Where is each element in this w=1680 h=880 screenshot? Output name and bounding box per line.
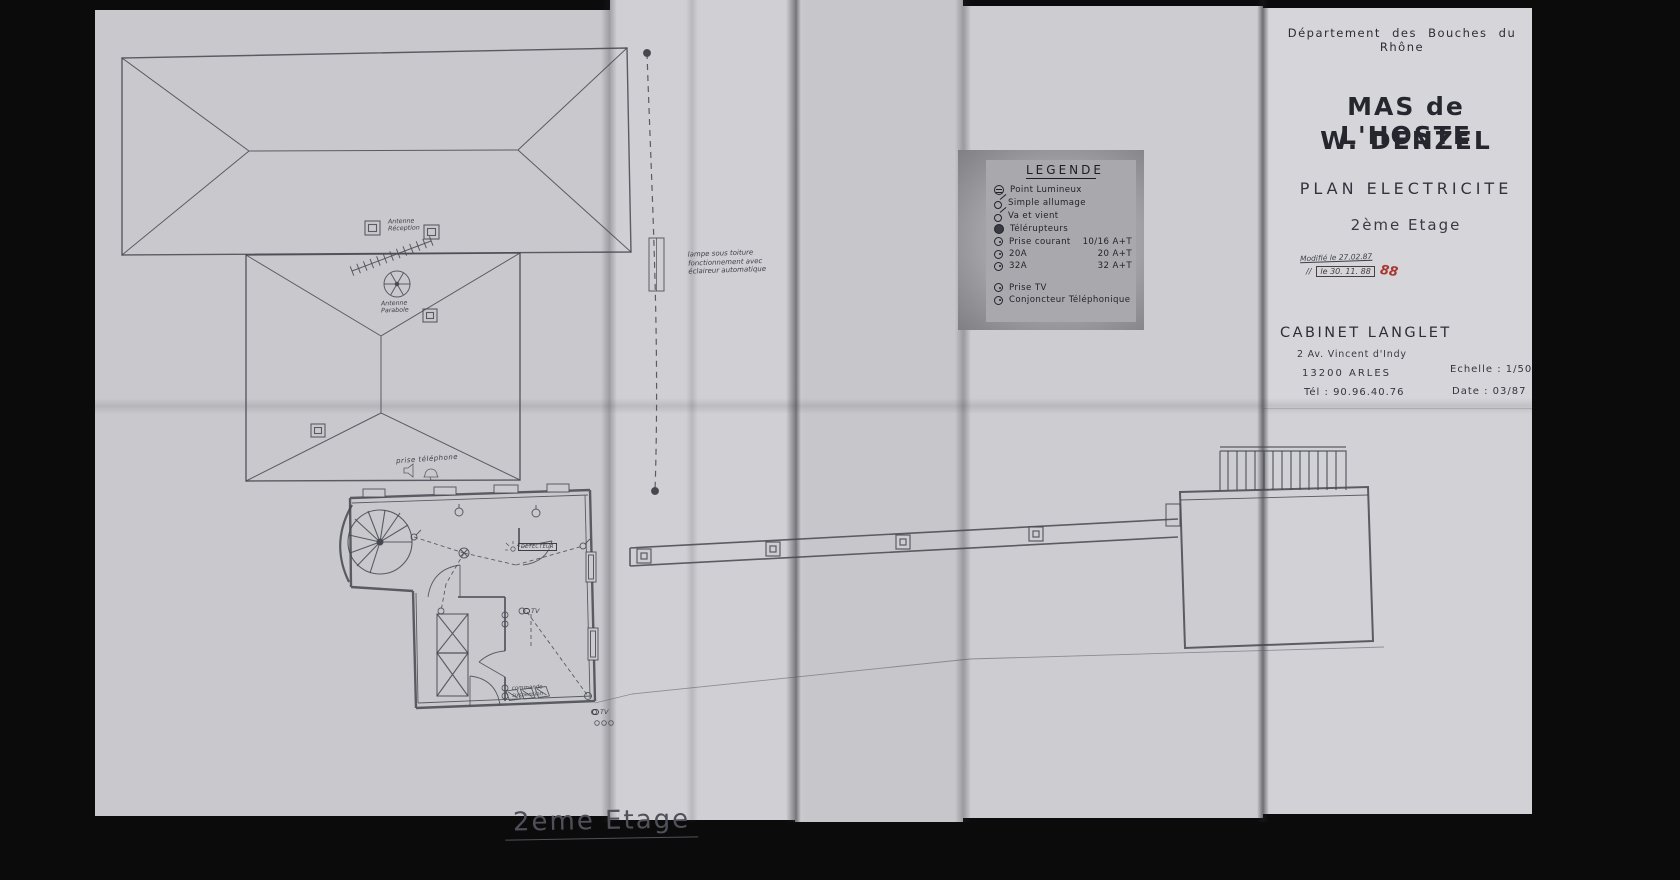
paper-crease-horizontal bbox=[95, 398, 1532, 414]
prise-32a-icon bbox=[994, 262, 1003, 271]
legend-item-conjoncteur: Conjoncteur Téléphonique bbox=[986, 294, 1136, 306]
legend-item-telerupteurs: Télérupteurs bbox=[986, 223, 1136, 235]
tv-socket-icon bbox=[592, 709, 599, 716]
prise-courant-icon bbox=[994, 237, 1003, 246]
point-lumineux-icon bbox=[994, 185, 1004, 195]
scale-label: Echelle : 1/50 bbox=[1450, 364, 1532, 375]
legend-title: LEGENDE bbox=[1026, 163, 1096, 179]
antenna-tv-annotation: Antenne Réception bbox=[388, 217, 420, 232]
scanned-plan-sheet: LEGENDE Point Lumineux Simple allumage V… bbox=[0, 0, 1680, 880]
legend-sheet: LEGENDE Point Lumineux Simple allumage V… bbox=[986, 160, 1136, 322]
legend-item-prise-32a: 32A 32 A+T bbox=[986, 260, 1136, 272]
firm-name: CABINET LANGLET bbox=[1280, 325, 1452, 341]
legend-item-point-lumineux: Point Lumineux bbox=[986, 184, 1136, 196]
legend-panel: LEGENDE Point Lumineux Simple allumage V… bbox=[958, 150, 1144, 330]
tv-socket-icon bbox=[523, 608, 530, 615]
department-header: Département des Bouches du Rhône bbox=[1279, 26, 1525, 54]
legend-item-va-et-vient: Va et vient bbox=[986, 210, 1136, 223]
legend-item-prise-tv: Prise TV bbox=[986, 282, 1136, 294]
prise-tv-icon bbox=[994, 283, 1003, 292]
firm-city: 13200 ARLES bbox=[1302, 368, 1391, 379]
tv-socket-annotation-2: TV bbox=[592, 708, 608, 716]
revision-marks: // bbox=[1306, 267, 1311, 276]
simple-allumage-icon bbox=[994, 201, 1002, 209]
detector-annotation: DETECTEUR bbox=[518, 543, 557, 551]
exterior-lamp-annotation: lampe sous toiture fonctionnement avec é… bbox=[688, 247, 781, 276]
drawing-caption: 2eme Etage bbox=[505, 804, 699, 840]
firm-phone: Tél : 90.96.40.76 bbox=[1304, 387, 1405, 398]
conjoncteur-icon bbox=[994, 296, 1003, 305]
revision-note-line2: // le 30. 11. 88 88 bbox=[1306, 264, 1398, 279]
date-label: Date : 03/87 bbox=[1452, 386, 1526, 397]
va-et-vient-icon bbox=[994, 214, 1002, 222]
revision-red-note: 88 bbox=[1379, 263, 1399, 280]
tv-socket-annotation-1: TV bbox=[523, 607, 539, 615]
telerupteur-icon bbox=[994, 224, 1004, 234]
legend-item-simple-allumage: Simple allumage bbox=[986, 196, 1136, 209]
firm-address: 2 Av. Vincent d'Indy bbox=[1297, 349, 1407, 360]
prise-20a-icon bbox=[994, 250, 1003, 259]
legend-item-prise-courant: Prise courant 10/16 A+T bbox=[986, 236, 1136, 248]
legend-item-prise-20a: 20A 20 A+T bbox=[986, 248, 1136, 260]
project-title-line2: W. DENZEL bbox=[1290, 126, 1522, 155]
floor-label: 2ème Etage bbox=[1290, 216, 1522, 234]
plan-type-label: PLAN ELECTRICITE bbox=[1290, 179, 1522, 198]
command-annotation: commande suspension bbox=[512, 684, 543, 699]
revision-boxed-date: le 30. 11. 88 bbox=[1316, 266, 1374, 277]
antenna-dish-annotation: Antenne Parabole bbox=[381, 300, 409, 315]
